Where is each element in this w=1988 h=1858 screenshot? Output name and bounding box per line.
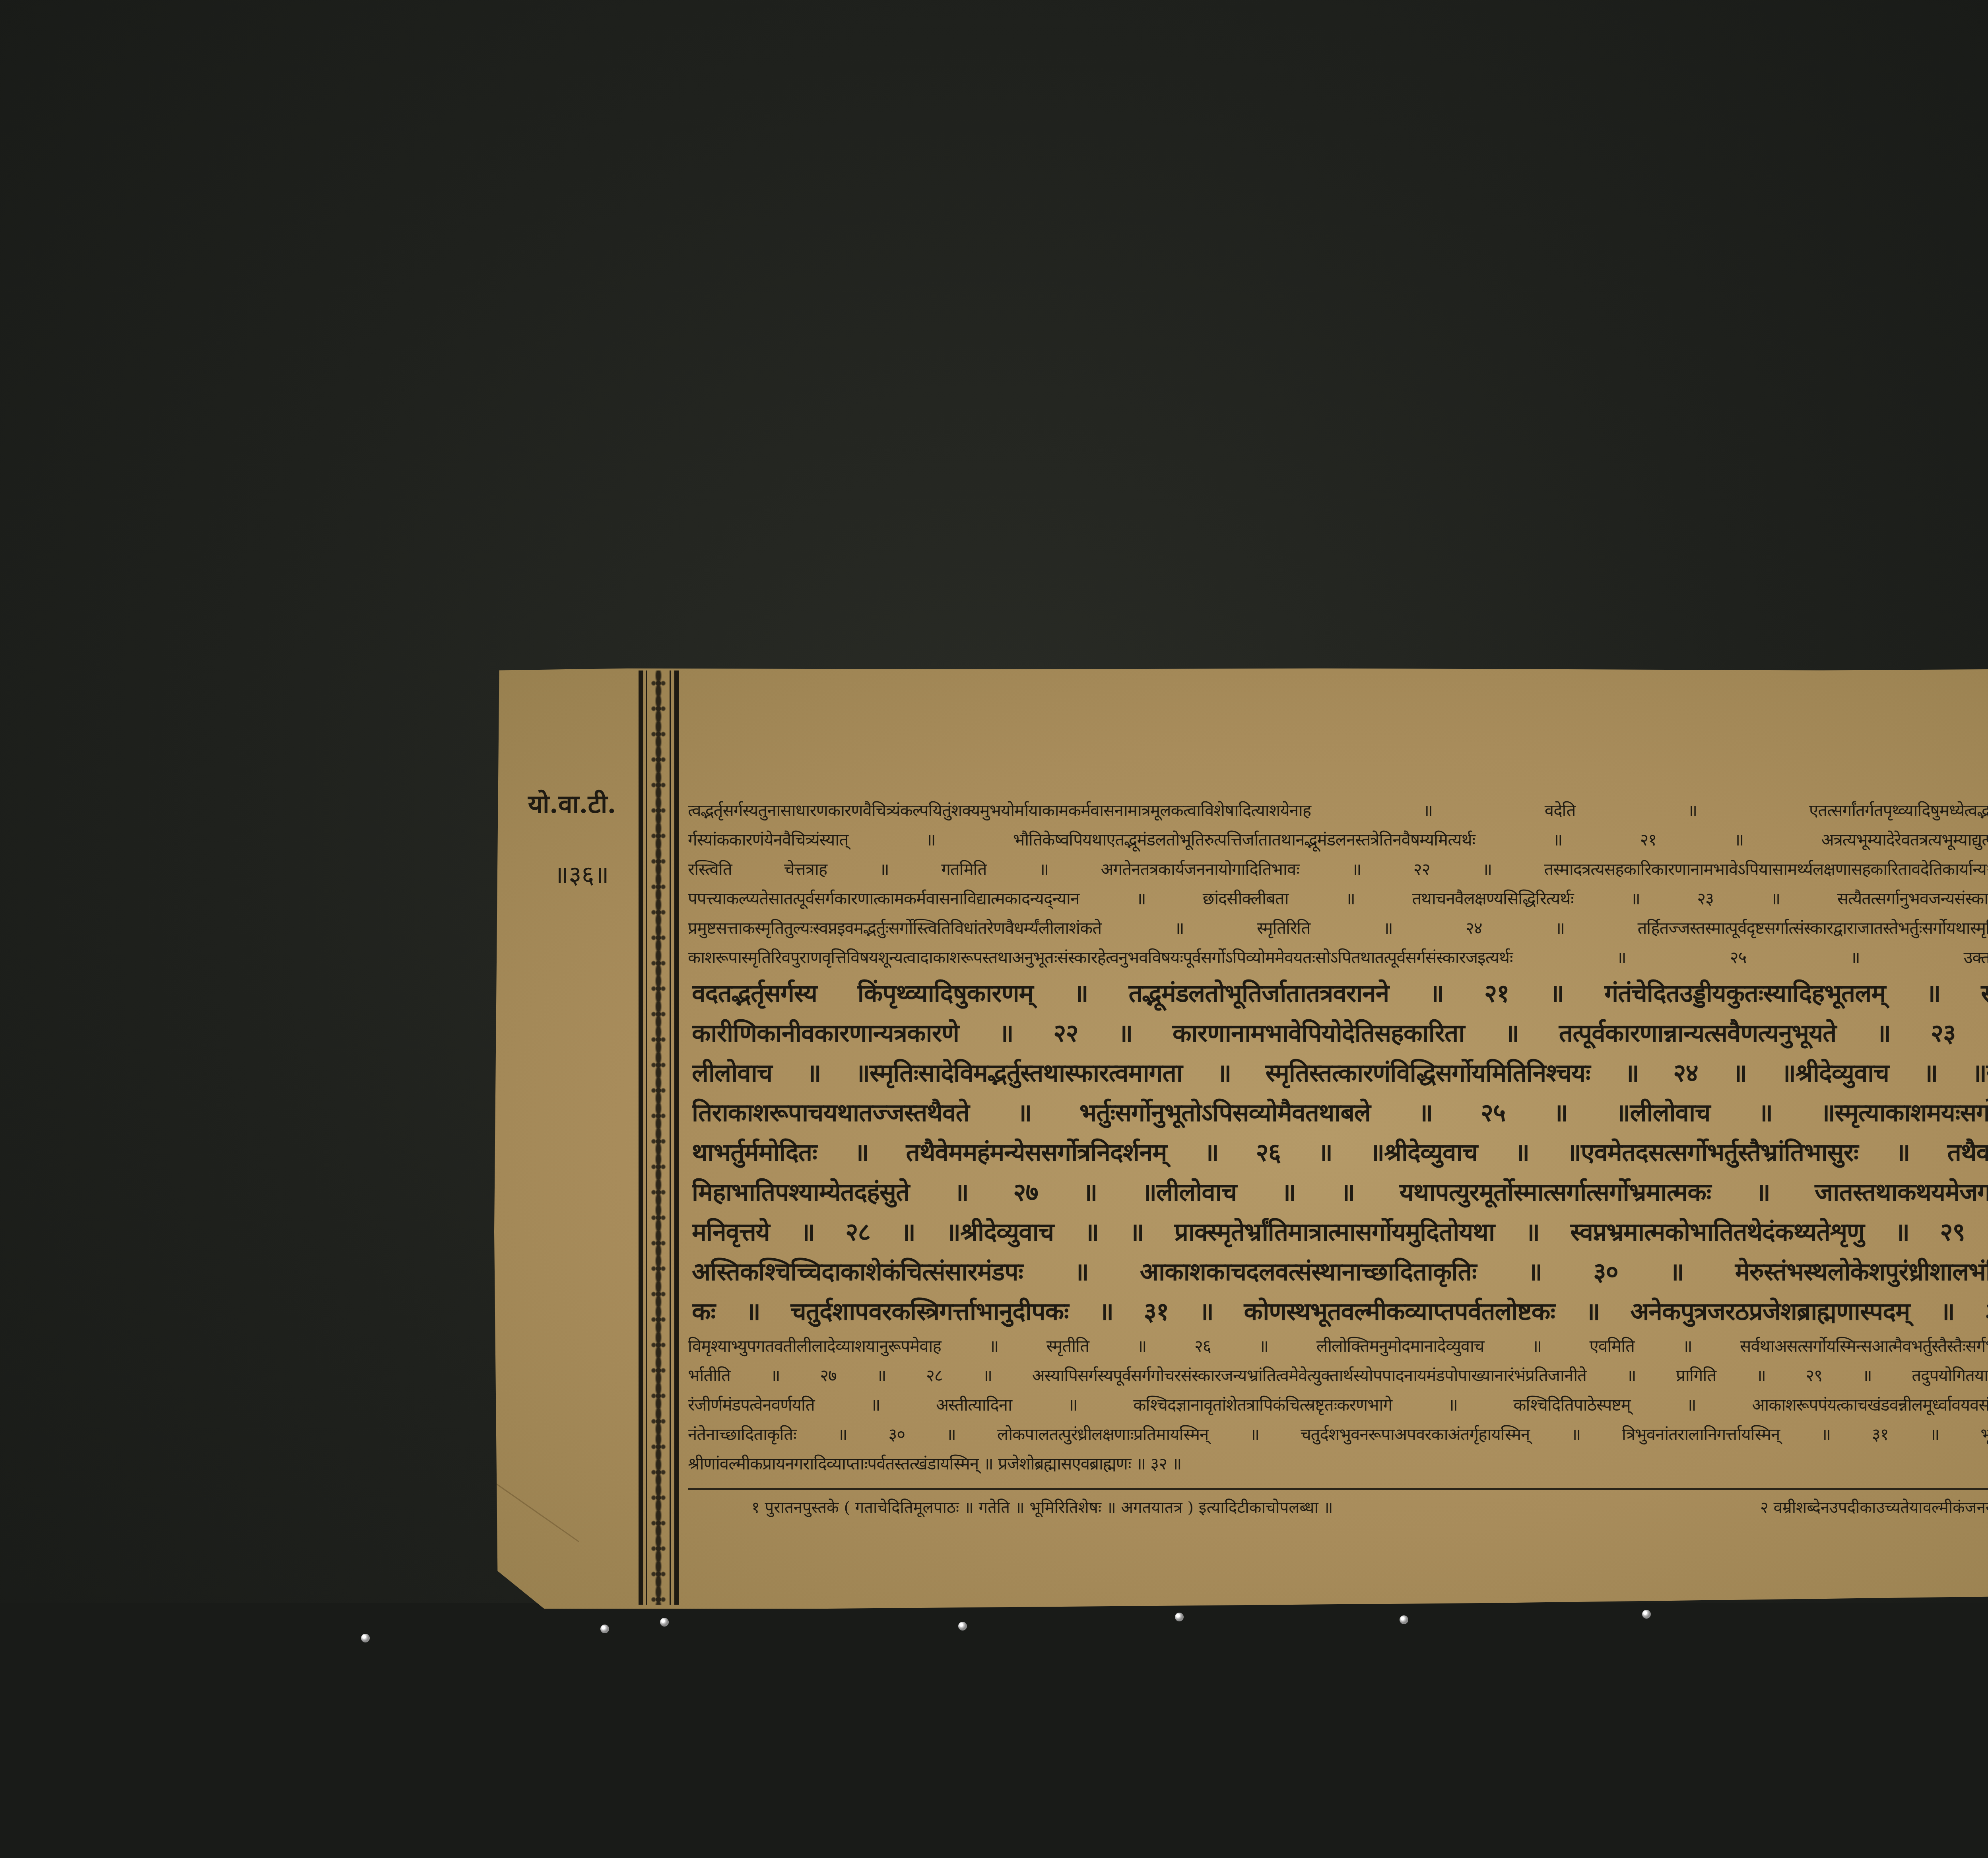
commentary-line: र्गस्यांककारणंयेनवैचित्र्यंस्यात् ॥ भौति… [688, 825, 1988, 855]
border-rule-thin [670, 671, 671, 1605]
mounting-pin [1642, 1610, 1651, 1619]
verse-line: कारीणिकानीवकारणान्यत्रकारणे ॥ २२ ॥ कारणा… [692, 1013, 1988, 1053]
floral-chain-ornament [650, 671, 666, 1605]
left-margin-title: यो.वा.टी. [528, 786, 616, 820]
commentary-line: पपत्त्याकल्प्यतेसातत्पूर्वसर्गकारणात्काम… [688, 884, 1988, 913]
mounting-pin [660, 1618, 669, 1627]
border-rule-outer [639, 671, 643, 1605]
verse-line: तिराकाशरूपाचयथातज्जस्तथैवते ॥ भर्तुःसर्ग… [692, 1093, 1988, 1133]
manuscript-leaf: यो.वा.टी. ॥३६॥ त्वद्भर्तृसर्गस्यतुनासाधा… [494, 667, 1988, 1609]
footnotes: १ पुरातनपुस्तके ( गताचेदितिमूलपाठः ॥ गते… [751, 1496, 1988, 1520]
mounting-pin [1175, 1613, 1184, 1621]
commentary-line: रस्त्विति चेत्तत्राह ॥ गतमिति ॥ अगतेनतत्… [688, 855, 1988, 884]
commentary-line: काशरूपास्मृतिरिवपुराणवृत्तिविषयशून्यत्वा… [688, 943, 1988, 972]
commentary-line: र्भातीति ॥ २७ ॥ २८ ॥ अस्यापिसर्गस्यपूर्व… [688, 1361, 1988, 1390]
display-board [0, 1603, 1988, 1858]
verse-line: थाभर्तुर्ममोदितः ॥ तथैवेममहंमन्येससर्गोत… [692, 1133, 1988, 1172]
text-block: त्वद्भर्तृसर्गस्यतुनासाधारणकारणवैचित्र्य… [684, 667, 1988, 1609]
commentary-line: विमृश्याभ्युपगतवतीलीलादेव्याशयानुरूपमेवा… [688, 1331, 1988, 1361]
left-ornamental-border [635, 667, 683, 1609]
commentary-line: रंजीर्णमंडपत्वेनवर्णयति ॥ अस्तीत्यादिना … [688, 1390, 1988, 1420]
verse-line: मिहाभातिपश्याम्येतदहंसुते ॥ २७ ॥ ॥लीलोवा… [692, 1172, 1988, 1212]
commentary-line: नंतेनाच्छादिताकृतिः ॥ ३० ॥ लोकपालतत्पुरं… [688, 1420, 1988, 1449]
border-rule-thin [646, 671, 647, 1605]
left-margin-page-number: ॥३६॥ [554, 857, 609, 891]
footnote-1: १ पुरातनपुस्तके ( गताचेदितिमूलपाठः ॥ गते… [751, 1496, 1333, 1520]
mounting-pin [600, 1625, 609, 1633]
mounting-pin [958, 1622, 967, 1631]
footnote-2: २ वम्रीशब्देनउपदीकाउच्यतेयावल्मीकंजनयंति [1760, 1496, 1988, 1520]
mounting-pin [361, 1634, 370, 1642]
verse-line: अस्तिकश्चिच्चिदाकाशेकंचित्संसारमंडपः ॥ आ… [692, 1252, 1988, 1292]
commentary-line: श्रीणांवल्मीकप्रायनगरादिव्याप्ताःपर्वतस्… [688, 1449, 1988, 1479]
verse-line: मनिवृत्तये ॥ २८ ॥ ॥श्रीदेव्युवाच ॥ ॥ प्र… [692, 1212, 1988, 1252]
verse-line: वदतद्भर्तृसर्गस्य किंपृथ्व्यादिषुकारणम् … [692, 974, 1988, 1013]
paper-crease [494, 1482, 579, 1542]
verse-line: लीलोवाच ॥ ॥स्मृतिःसादेविमद्भर्तुस्तथास्फ… [692, 1053, 1988, 1093]
mounting-pin [1400, 1615, 1408, 1624]
commentary-line: प्रमुष्टसत्ताकस्मृतितुल्यःस्वप्नइवमद्भर्… [688, 913, 1988, 943]
footnote-divider [688, 1488, 1988, 1490]
commentary-line: त्वद्भर्तृसर्गस्यतुनासाधारणकारणवैचित्र्य… [688, 796, 1988, 825]
border-rule-inner [674, 671, 679, 1605]
verse-line: कः ॥ चतुर्दशापवरकस्त्रिगर्त्ताभानुदीपकः … [692, 1292, 1988, 1331]
